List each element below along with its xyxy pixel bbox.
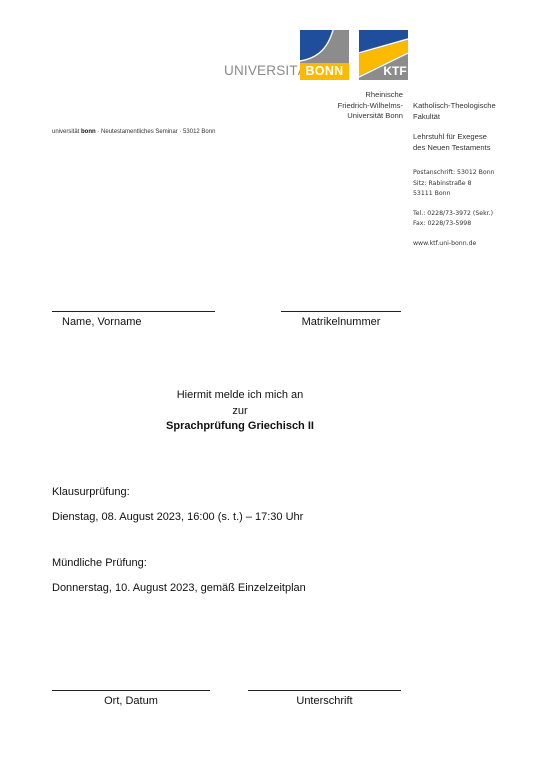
matrikel-field-line[interactable]: [281, 311, 401, 312]
oral-exam-datetime: Donnerstag, 10. August 2023, gemäß Einze…: [52, 582, 306, 594]
exam-title: Sprachprüfung Griechisch II: [130, 420, 350, 432]
chair-name-line: des Neuen Testaments: [413, 143, 491, 154]
university-name-line: Friedrich-Wilhelms-: [283, 101, 403, 112]
website-link[interactable]: www.ktf.uni-bonn.de: [413, 239, 495, 250]
fax: Fax: 0228/73-5998: [413, 219, 495, 230]
faculty-name-line: Katholisch-Theologische: [413, 101, 496, 112]
registration-line-1: Hiermit melde ich mich an: [130, 389, 350, 401]
bonn-wordmark: BONN: [300, 63, 349, 80]
faculty-name-line: Fakultät: [413, 112, 496, 123]
written-exam-datetime: Dienstag, 08. August 2023, 16:00 (s. t.)…: [52, 511, 303, 523]
sender-bold: bonn: [81, 129, 96, 135]
chair-name-line: Lehrstuhl für Exegese: [413, 132, 491, 143]
chair-name: Lehrstuhl für Exegese des Neuen Testamen…: [413, 132, 491, 153]
sender-line: universität bonn · Neutestamentliches Se…: [52, 129, 215, 135]
place-date-field-line[interactable]: [52, 690, 210, 691]
name-field-line[interactable]: [52, 311, 215, 312]
matrikel-field-label: Matrikelnummer: [281, 316, 401, 328]
postal-address: Postanschrift: 53012 Bonn: [413, 168, 495, 179]
university-name-line: Universität Bonn: [283, 111, 403, 122]
sender-suffix: · Neutestamentliches Seminar · 53012 Bon…: [96, 129, 216, 135]
signature-label: Unterschrift: [248, 695, 401, 707]
registration-line-2: zur: [130, 405, 350, 417]
faculty-name: Katholisch-Theologische Fakultät: [413, 101, 496, 122]
city: 53111 Bonn: [413, 189, 495, 200]
telephone: Tel.: 0228/73-3972 (Sekr.): [413, 209, 495, 220]
place-date-label: Ort, Datum: [52, 695, 210, 707]
ktf-wordmark: KTF: [382, 63, 408, 80]
written-exam-heading: Klausurprüfung:: [52, 486, 130, 498]
seat-address: Sitz: Rabinstraße 8: [413, 179, 495, 190]
contact-block: Postanschrift: 53012 Bonn Sitz: Rabinstr…: [413, 168, 495, 249]
oral-exam-heading: Mündliche Prüfung:: [52, 557, 147, 569]
signature-field-line[interactable]: [248, 690, 401, 691]
university-name: Rheinische Friedrich-Wilhelms- Universit…: [283, 90, 403, 122]
name-field-label: Name, Vorname: [62, 316, 141, 328]
university-name-line: Rheinische: [283, 90, 403, 101]
sender-prefix: universität: [52, 129, 81, 135]
